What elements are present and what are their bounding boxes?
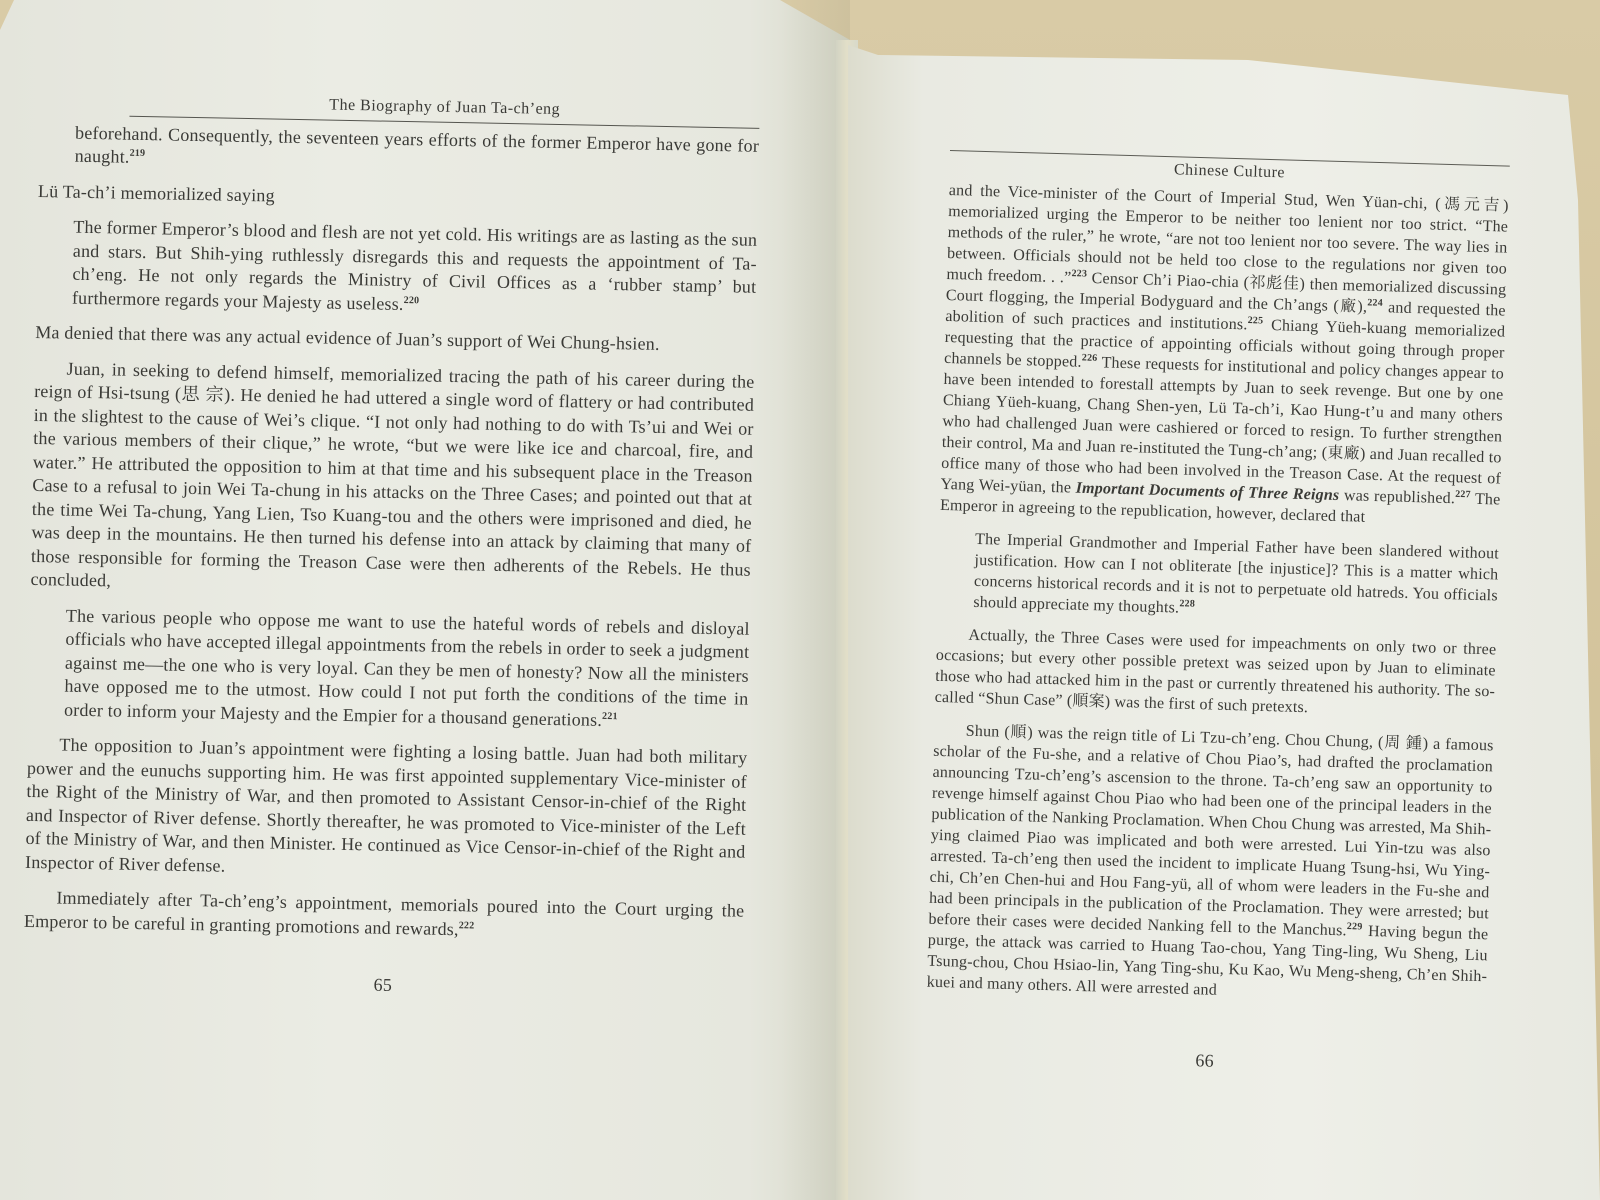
left-page-text: The Biography of Juan Ta-ch’eng beforeha…: [23, 88, 760, 1004]
footnote-ref: 220: [404, 295, 420, 306]
right-page-text: Chinese Culture and the Vice-minister of…: [924, 150, 1509, 1079]
paragraph: Lü Ta-ch’i memorialized saying: [38, 179, 758, 216]
footnote-ref: 221: [602, 710, 618, 721]
block-quote: The Imperial Grandmother and Imperial Fa…: [973, 529, 1499, 628]
footnote-ref: 226: [1082, 352, 1098, 363]
paragraph-text: Actually, the Three Cases were used for …: [934, 627, 1496, 717]
footnote-ref: 223: [1071, 268, 1087, 279]
footnote-ref: 227: [1455, 489, 1471, 500]
paragraph-text: The various people who oppose me want to…: [64, 605, 750, 729]
paragraph: Ma denied that there was any actual evid…: [35, 321, 755, 358]
paragraph-text: Ma denied that there was any actual evid…: [35, 322, 660, 354]
paragraph-text: Juan, in seeking to defend himself, memo…: [30, 358, 754, 590]
paragraph-text: The opposition to Juan’s appointment wer…: [25, 734, 748, 875]
paragraph-text: and the Vice-minister of the Court of Im…: [946, 182, 1509, 286]
paragraph-text: beforehand. Consequently, the seventeen …: [75, 122, 760, 167]
book-title: Important Documents of Three Reigns: [1075, 480, 1339, 504]
paragraph: Juan, in seeking to defend himself, memo…: [30, 356, 754, 605]
paragraph: Actually, the Three Cases were used for …: [934, 624, 1496, 724]
quote-continuation: beforehand. Consequently, the seventeen …: [74, 121, 759, 181]
paragraph-text: was republished.: [1339, 487, 1455, 507]
footnote-ref: 224: [1367, 297, 1383, 308]
paragraph-text: Lü Ta-ch’i memorialized saying: [38, 180, 275, 205]
footnote-ref: 229: [1347, 921, 1363, 932]
paragraph-text: These requests for institutional and pol…: [940, 354, 1504, 496]
footnote-ref: 222: [459, 920, 475, 931]
block-quote: The former Emperor’s blood and flesh are…: [72, 216, 758, 323]
paragraph: The opposition to Juan’s appointment wer…: [25, 733, 748, 888]
paragraph: and the Vice-minister of the Court of Im…: [940, 180, 1509, 532]
footnote-ref: 219: [130, 148, 146, 159]
block-quote: The various people who oppose me want to…: [64, 604, 750, 735]
paragraph: Immediately after Ta-ch’eng’s appointmen…: [24, 886, 745, 947]
paragraph: Shun (順) was the reign title of Li Tzu-c…: [926, 720, 1493, 1009]
footnote-ref: 228: [1179, 598, 1195, 609]
paragraph-text: The Imperial Grandmother and Imperial Fa…: [973, 531, 1499, 617]
paragraph-text: Shun (順) was the reign title of Li Tzu-c…: [928, 723, 1494, 940]
footnote-ref: 225: [1248, 315, 1264, 326]
paragraph-text: Immediately after Ta-ch’eng’s appointmen…: [24, 887, 745, 938]
